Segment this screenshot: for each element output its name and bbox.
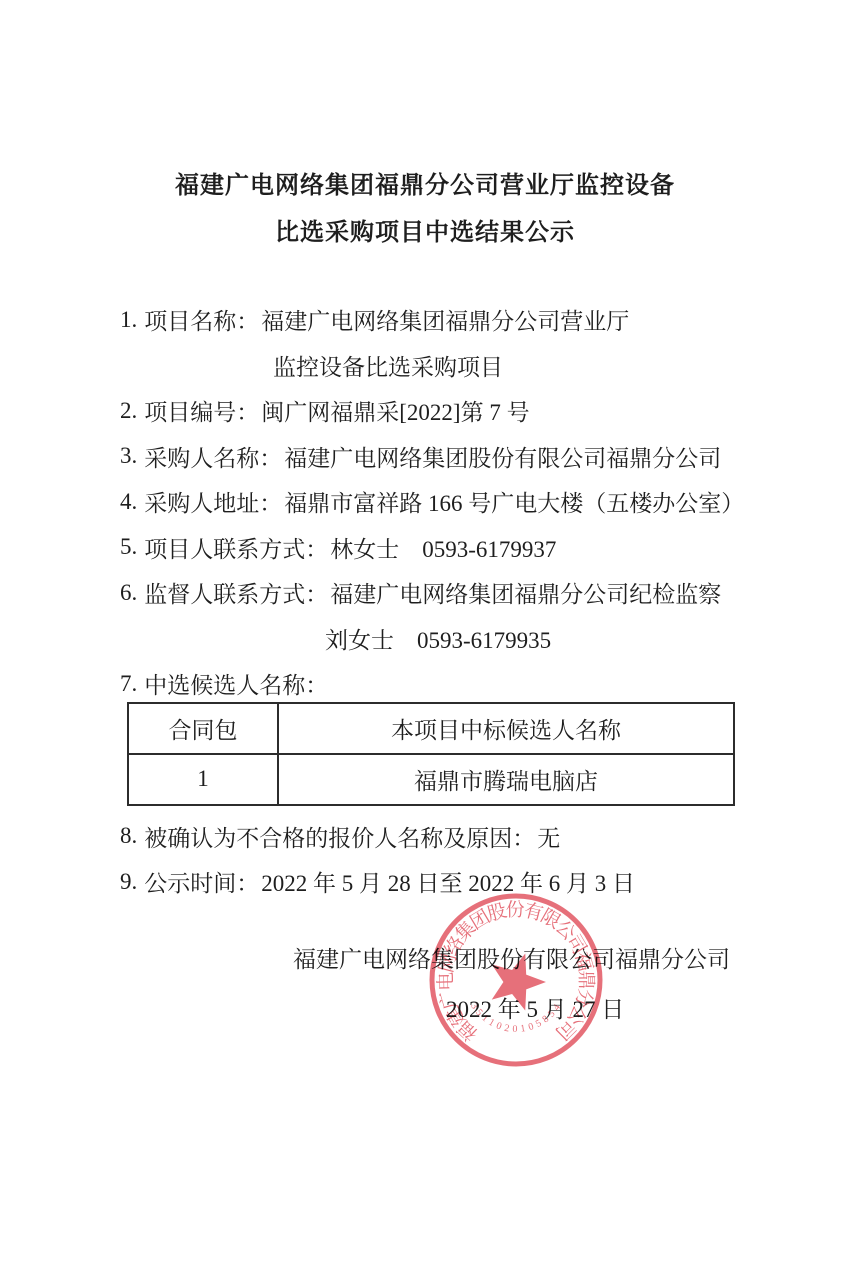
list-item-publicity-period: 9. 公示时间： 2022 年 5 月 28 日至 2022 年 6 月 3 日 bbox=[120, 859, 780, 905]
item-value: 监控设备比选采购项目 bbox=[273, 349, 503, 382]
item-number: 5. bbox=[120, 534, 137, 560]
signature-date: 2022 年 5 月 27 日 bbox=[446, 991, 624, 1024]
table-row: 1 福鼎市腾瑞电脑店 bbox=[128, 754, 734, 805]
item-label: 采购人名称： bbox=[144, 440, 282, 473]
list-item-disqualified: 8. 被确认为不合格的报价人名称及原因： 无 bbox=[120, 814, 780, 860]
list-item-winning-candidate: 7. 中选候选人名称： bbox=[120, 661, 780, 707]
item-value: 福建广电网络集团福鼎分公司纪检监察 bbox=[330, 576, 721, 609]
list-item-project-number: 2. 项目编号： 闽广网福鼎采[2022]第 7 号 bbox=[120, 388, 780, 434]
item-value: 福建广电网络集团股份有限公司福鼎分公司 bbox=[284, 440, 721, 473]
document-title-line1: 福建广电网络集团福鼎分公司营业厅监控设备 bbox=[0, 163, 850, 210]
item-number: 1. bbox=[120, 307, 137, 333]
item-label: 被确认为不合格的报价人名称及原因： bbox=[144, 820, 535, 853]
company-seal-stamp: 福建广电网络集团股份有限公司福鼎分公司 3511020105854 bbox=[426, 890, 606, 1070]
table-header-contract-package: 合同包 bbox=[128, 703, 278, 754]
item-value: 2022 年 5 月 28 日至 2022 年 6 月 3 日 bbox=[261, 865, 635, 898]
list-item-project-contact: 5. 项目人联系方式： 林女士 0593-6179937 bbox=[120, 525, 780, 571]
item-number: 8. bbox=[120, 823, 137, 849]
list-item-purchaser-address: 4. 采购人地址： 福鼎市富祥路 166 号广电大楼（五楼办公室） bbox=[120, 479, 780, 525]
item-number: 2. bbox=[120, 398, 137, 424]
item-label: 采购人地址： bbox=[144, 485, 282, 518]
list-item-project-name: 1. 项目名称： 福建广电网络集团福鼎分公司营业厅 bbox=[120, 297, 780, 343]
document-title-line2: 比选采购项目中选结果公示 bbox=[0, 210, 850, 257]
item-label: 项目编号： bbox=[144, 394, 259, 427]
item-value: 无 bbox=[537, 820, 560, 853]
list-item-purchaser-name: 3. 采购人名称： 福建广电网络集团股份有限公司福鼎分公司 bbox=[120, 434, 780, 480]
item-label: 中选候选人名称： bbox=[144, 667, 328, 700]
item-value: 福建广电网络集团福鼎分公司营业厅 bbox=[261, 303, 629, 336]
seal-ring bbox=[432, 896, 600, 1064]
document-body: 1. 项目名称： 福建广电网络集团福鼎分公司营业厅 监控设备比选采购项目 2. … bbox=[120, 297, 780, 905]
signature-company: 福建广电网络集团股份有限公司福鼎分公司 bbox=[293, 941, 730, 974]
table-header-candidate-name: 本项目中标候选人名称 bbox=[278, 703, 734, 754]
table-cell-package: 1 bbox=[128, 754, 278, 805]
list-item-supervisor-contact: 6. 监督人联系方式： 福建广电网络集团福鼎分公司纪检监察 bbox=[120, 570, 780, 616]
item-label: 监督人联系方式： bbox=[144, 576, 328, 609]
item-label: 项目名称： bbox=[144, 303, 259, 336]
item-number: 4. bbox=[120, 489, 137, 515]
item-value: 闽广网福鼎采[2022]第 7 号 bbox=[261, 394, 529, 427]
announcement-page: 福建广电网络集团福鼎分公司营业厅监控设备 比选采购项目中选结果公示 1. 项目名… bbox=[0, 0, 850, 1276]
item-value: 刘女士 0593-6179935 bbox=[325, 622, 551, 655]
candidates-table: 合同包 本项目中标候选人名称 1 福鼎市腾瑞电脑店 bbox=[127, 702, 735, 806]
item-label: 项目人联系方式： bbox=[144, 531, 328, 564]
document-title: 福建广电网络集团福鼎分公司营业厅监控设备 比选采购项目中选结果公示 bbox=[0, 163, 850, 257]
list-item-project-name-cont: 监控设备比选采购项目 bbox=[120, 343, 780, 389]
item-value: 福鼎市富祥路 166 号广电大楼（五楼办公室） bbox=[284, 485, 744, 518]
table-cell-candidate: 福鼎市腾瑞电脑店 bbox=[278, 754, 734, 805]
table-header-row: 合同包 本项目中标候选人名称 bbox=[128, 703, 734, 754]
item-number: 6. bbox=[120, 580, 137, 606]
list-item-supervisor-contact-cont: 刘女士 0593-6179935 bbox=[120, 616, 780, 662]
item-number: 9. bbox=[120, 869, 137, 895]
item-number: 3. bbox=[120, 443, 137, 469]
item-number: 7. bbox=[120, 671, 137, 697]
item-value: 林女士 0593-6179937 bbox=[330, 531, 556, 564]
item-label: 公示时间： bbox=[144, 865, 259, 898]
